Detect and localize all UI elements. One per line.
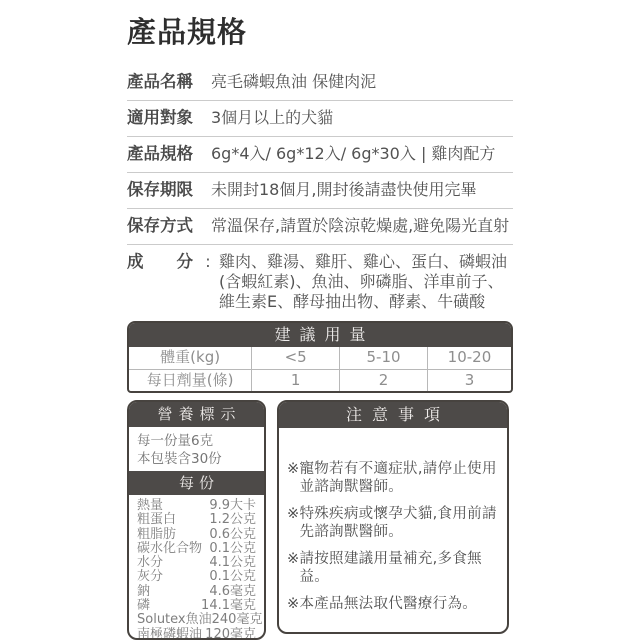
nutrient-name: 南極磷蝦油 [137, 628, 202, 640]
spec-value: 3個月以上的犬貓 [211, 108, 513, 128]
nutrient-name: 粗蛋白 [137, 513, 176, 527]
dosage-table: 建議用量 體重(kg) <5 5-10 10-20 每日劑量(條) 1 2 3 [127, 321, 513, 393]
nutrient-name: 灰分 [137, 570, 163, 584]
dosage-table-title: 建議用量 [129, 323, 511, 347]
spec-list: 產品名稱 亮毛磷蝦魚油 保健肉泥 適用對象 3個月以上的犬貓 產品規格 6g*4… [127, 65, 513, 317]
dosage-cell: 2 [339, 369, 427, 391]
nutrient-name: Solutex魚油 [137, 613, 212, 627]
spec-row-ingredients: 成 分 : 雞肉、雞湯、雞肝、雞心、蛋白、磷蝦油(含蝦紅素)、魚油、卵磷脂、洋車… [127, 245, 513, 317]
spec-row-product-name: 產品名稱 亮毛磷蝦魚油 保健肉泥 [127, 65, 513, 101]
spec-colon: : [197, 252, 219, 272]
notice-item: ※ 特殊疾病或懷孕犬貓,食用前請先諮詢獸醫師。 [287, 506, 499, 541]
bottom-panels: 營養標示 每一份量6克 本包裝含30份 每份 熱量 9.9大卡 粗蛋白 1.2公… [127, 400, 513, 640]
dosage-row-header: 體重(kg) [129, 347, 251, 369]
spec-row-spec: 產品規格 6g*4入/ 6g*12入/ 6g*30入 | 雞肉配方 [127, 137, 513, 173]
nutrition-panel: 營養標示 每一份量6克 本包裝含30份 每份 熱量 9.9大卡 粗蛋白 1.2公… [127, 400, 266, 640]
nutrient-name: 水分 [137, 556, 163, 570]
spec-row-shelf-life: 保存期限 未開封18個月,開封後請盡快使用完畢 [127, 173, 513, 209]
product-spec-page: 產品規格 產品名稱 亮毛磷蝦魚油 保健肉泥 適用對象 3個月以上的犬貓 產品規格… [127, 0, 513, 640]
dosage-cell: 10-20 [427, 347, 511, 369]
spec-row-target: 適用對象 3個月以上的犬貓 [127, 101, 513, 137]
nutrient-name: 粗脂肪 [137, 528, 176, 542]
spec-label: 保存期限 [127, 180, 197, 200]
dosage-grid: 體重(kg) <5 5-10 10-20 每日劑量(條) 1 2 3 [129, 347, 511, 391]
dosage-row-header: 每日劑量(條) [129, 369, 251, 391]
notice-panel-title: 注意事項 [279, 402, 507, 428]
spec-label: 保存方式 [127, 216, 197, 236]
notice-list: ※ 寵物若有不適症狀,請停止使用並諮詢獸醫師。 ※ 特殊疾病或懷孕犬貓,食用前請… [279, 428, 507, 614]
page-title: 產品規格 [127, 16, 513, 48]
spec-label: 適用對象 [127, 108, 197, 128]
notice-marker: ※ [287, 596, 299, 614]
notice-marker: ※ [287, 551, 299, 586]
dosage-cell: <5 [251, 347, 339, 369]
servings-per-pack-line: 本包裝含30份 [137, 451, 256, 469]
nutrient-value: 240毫克 [212, 613, 263, 627]
nutrition-item: 粗蛋白 1.2公克 [137, 513, 256, 527]
nutrient-name: 鈉 [137, 585, 150, 599]
nutrition-panel-title: 營養標示 [129, 402, 264, 427]
nutrition-serving-info: 每一份量6克 本包裝含30份 [129, 427, 264, 471]
nutrient-value: 0.6公克 [209, 528, 256, 542]
nutrition-list: 熱量 9.9大卡 粗蛋白 1.2公克 粗脂肪 0.6公克 碳水化合物 0.1公克… [129, 495, 264, 640]
notice-marker: ※ [287, 461, 299, 496]
dosage-cell: 5-10 [339, 347, 427, 369]
spec-value: 亮毛磷蝦魚油 保健肉泥 [211, 72, 513, 92]
notice-marker: ※ [287, 506, 299, 541]
nutrition-item: 粗脂肪 0.6公克 [137, 528, 256, 542]
notice-item: ※ 本產品無法取代醫療行為。 [287, 596, 499, 614]
serving-size-line: 每一份量6克 [137, 433, 256, 451]
spec-label: 產品名稱 [127, 72, 197, 92]
notice-panel: 注意事項 ※ 寵物若有不適症狀,請停止使用並諮詢獸醫師。 ※ 特殊疾病或懷孕犬貓… [277, 400, 509, 634]
spec-value: 未開封18個月,開封後請盡快使用完畢 [211, 180, 513, 200]
notice-item: ※ 請按照建議用量補充,多食無益。 [287, 551, 499, 586]
spec-value: 常溫保存,請置於陰涼乾燥處,避免陽光直射 [211, 216, 513, 236]
nutrition-item: 灰分 0.1公克 [137, 570, 256, 584]
nutrient-value: 0.1公克 [209, 570, 256, 584]
notice-text: 寵物若有不適症狀,請停止使用並諮詢獸醫師。 [299, 461, 499, 496]
nutrition-item: 鈉 4.6毫克 [137, 585, 256, 599]
spec-label: 產品規格 [127, 144, 197, 164]
nutrient-value: 4.6毫克 [209, 585, 256, 599]
per-serving-title: 每份 [129, 471, 264, 495]
spec-label: 成 分 [127, 252, 197, 272]
notice-text: 特殊疾病或懷孕犬貓,食用前請先諮詢獸醫師。 [299, 506, 499, 541]
notice-text: 本產品無法取代醫療行為。 [299, 596, 499, 614]
spec-value: 雞肉、雞湯、雞肝、雞心、蛋白、磷蝦油(含蝦紅素)、魚油、卵磷脂、洋車前子、維生素… [219, 252, 513, 312]
nutrient-value: 1.2公克 [209, 513, 256, 527]
nutrient-value: 120毫克 [205, 628, 256, 640]
spec-value: 6g*4入/ 6g*12入/ 6g*30入 | 雞肉配方 [211, 144, 513, 164]
dosage-cell: 3 [427, 369, 511, 391]
nutrition-item: 南極磷蝦油 120毫克 [137, 628, 256, 640]
notice-text: 請按照建議用量補充,多食無益。 [299, 551, 499, 586]
dosage-cell: 1 [251, 369, 339, 391]
spec-row-storage: 保存方式 常溫保存,請置於陰涼乾燥處,避免陽光直射 [127, 209, 513, 245]
notice-item: ※ 寵物若有不適症狀,請停止使用並諮詢獸醫師。 [287, 461, 499, 496]
nutrition-item: Solutex魚油 240毫克 [137, 613, 256, 627]
